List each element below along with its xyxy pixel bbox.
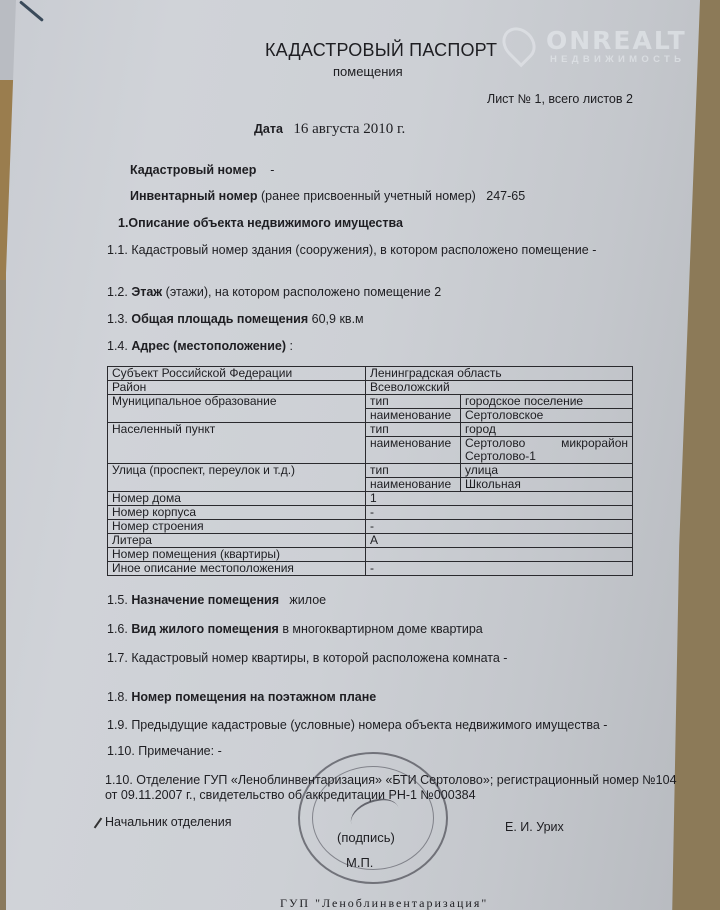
table-row: Населенный пункт тип город	[108, 423, 633, 437]
row-value: Сертоловомикрорайон Сертолово-1	[461, 437, 633, 464]
address-table: Субъект Российской Федерации Ленинградск…	[107, 366, 633, 576]
row-value: Всеволожский	[366, 381, 633, 395]
row-label: Номер помещения (квартиры)	[108, 548, 366, 562]
table-row: Номер корпуса -	[108, 506, 633, 520]
row-value: Школьная	[461, 478, 633, 492]
item-1-9: 1.9. Предыдущие кадастровые (условные) н…	[107, 718, 607, 732]
date-value: 16 августа 2010 г.	[293, 121, 405, 137]
value-part: Сертолово-1	[465, 450, 628, 463]
row-value: городское поселение	[461, 395, 633, 409]
row-value: город	[461, 423, 633, 437]
row-value: 1	[366, 492, 633, 506]
row-label: Населенный пункт	[108, 423, 366, 464]
item-value: 60,9 кв.м	[312, 312, 364, 326]
table-row: Улица (проспект, переулок и т.д.) тип ул…	[108, 464, 633, 478]
row-label: Номер дома	[108, 492, 366, 506]
sub-label: наименование	[366, 437, 461, 464]
row-label: Номер строения	[108, 520, 366, 534]
table-row: Литера А	[108, 534, 633, 548]
inventory-number-line: Инвентарный номер (ранее присвоенный уче…	[130, 189, 525, 203]
sub-label: тип	[366, 423, 461, 437]
signatory-name: Е. И. Урих	[505, 820, 564, 834]
row-value: Сертоловское	[461, 409, 633, 423]
item-1-3: 1.3. Общая площадь помещения 60,9 кв.м	[107, 312, 364, 326]
table-row: Муниципальное образование тип городское …	[108, 395, 633, 409]
table-row: Номер строения -	[108, 520, 633, 534]
item-1-7: 1.7. Кадастровый номер квартиры, в котор…	[107, 651, 507, 665]
table-row: Район Всеволожский	[108, 381, 633, 395]
signatory-position: Начальник отделения	[105, 815, 232, 829]
row-value: Ленинградская область	[366, 367, 633, 381]
table-row: Номер помещения (квартиры)	[108, 548, 633, 562]
watermark-subtitle: НЕДВИЖИМОСТЬ	[550, 54, 685, 65]
item-1-6: 1.6. Вид жилого помещения в многоквартир…	[107, 622, 483, 636]
item-number: 1.4.	[107, 339, 128, 353]
item-1-10-note: 1.10. Примечание: -	[107, 744, 222, 758]
item-label: Номер помещения на поэтажном плане	[131, 690, 376, 704]
item-value: жилое	[289, 593, 326, 607]
section-heading: 1.Описание объекта недвижимого имущества	[118, 216, 403, 230]
table-row: Иное описание местоположения -	[108, 562, 633, 576]
item-1-1: 1.1. Кадастровый номер здания (сооружени…	[107, 243, 596, 257]
cadastral-number-value: -	[270, 163, 274, 177]
row-label: Субъект Российской Федерации	[108, 367, 366, 381]
row-value: -	[366, 506, 633, 520]
item-number: 1.2.	[107, 285, 128, 299]
sub-label: наименование	[366, 409, 461, 423]
cadastral-number-line: Кадастровый номер -	[130, 163, 274, 177]
item-value: в многоквартирном доме квартира	[282, 622, 482, 636]
item-number: 1.3.	[107, 312, 128, 326]
item-label: Общая площадь помещения	[131, 312, 308, 326]
row-label: Район	[108, 381, 366, 395]
row-label: Иное описание местоположения	[108, 562, 366, 576]
sub-label: тип	[366, 464, 461, 478]
signature-label: (подпись)	[337, 830, 395, 845]
inventory-number-label: Инвентарный номер	[130, 189, 258, 203]
date-label: Дата	[254, 122, 283, 136]
cadastral-number-label: Кадастровый номер	[130, 163, 256, 177]
document-title: КАДАСТРОВЫЙ ПАСПОРТ	[265, 40, 497, 61]
watermark-brand: ONREALT	[546, 26, 687, 55]
item-label: Назначение помещения	[131, 593, 279, 607]
item-number: 1.8.	[107, 690, 128, 704]
item-number: 1.6.	[107, 622, 128, 636]
seal-label: М.П.	[346, 855, 373, 870]
date-line: Дата 16 августа 2010 г.	[254, 121, 405, 138]
item-value: :	[290, 339, 293, 353]
item-label: Вид жилого помещения	[131, 622, 278, 636]
item-label: Адрес (местоположение)	[131, 339, 286, 353]
footer-org: ГУП "Леноблинвентаризация"	[280, 896, 488, 910]
row-value	[366, 548, 633, 562]
item-1-8: 1.8. Номер помещения на поэтажном плане	[107, 690, 376, 704]
item-number: 1.5.	[107, 593, 128, 607]
sub-label: тип	[366, 395, 461, 409]
row-label: Муниципальное образование	[108, 395, 366, 423]
item-value: (этажи), на котором расположено помещени…	[166, 285, 442, 299]
row-label: Номер корпуса	[108, 506, 366, 520]
item-label: Этаж	[131, 285, 162, 299]
row-value: -	[366, 562, 633, 576]
row-value: -	[366, 520, 633, 534]
item-1-5: 1.5. Назначение помещения жилое	[107, 593, 326, 607]
row-label: Улица (проспект, переулок и т.д.)	[108, 464, 366, 492]
inventory-number-note: (ранее присвоенный учетный номер)	[261, 189, 476, 203]
value-part: микрорайон	[561, 437, 628, 450]
item-1-2: 1.2. Этаж (этажи), на котором расположен…	[107, 285, 441, 299]
sheet-number: Лист № 1, всего листов 2	[487, 92, 633, 106]
table-row: Номер дома 1	[108, 492, 633, 506]
row-value: А	[366, 534, 633, 548]
inventory-number-value: 247-65	[486, 189, 525, 203]
row-value: улица	[461, 464, 633, 478]
sub-label: наименование	[366, 478, 461, 492]
table-row: Субъект Российской Федерации Ленинградск…	[108, 367, 633, 381]
document-subtitle: помещения	[333, 64, 403, 79]
row-label: Литера	[108, 534, 366, 548]
item-1-4: 1.4. Адрес (местоположение) :	[107, 339, 293, 353]
